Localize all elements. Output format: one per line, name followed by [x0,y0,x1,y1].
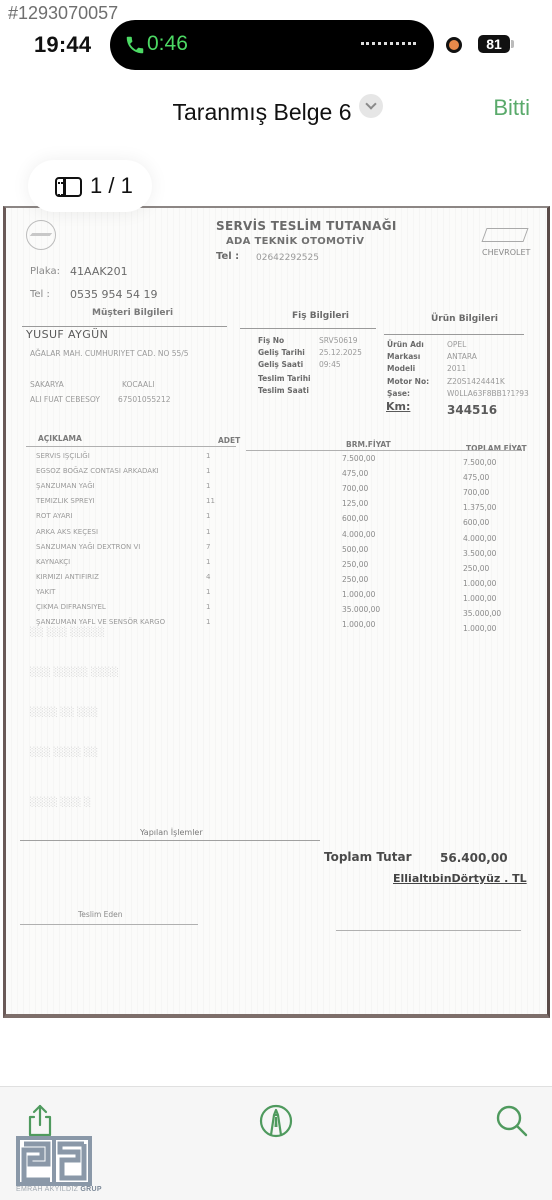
product-field-value: Z20S1424441K [447,377,505,386]
col-header-description: AÇIKLAMA [38,434,82,443]
watermark-id: #1293070057 [8,3,118,24]
product-field-value: W0LLA63F8BB1?1?93 [447,389,529,398]
row-total: 1.000,00 [463,579,496,588]
divider [20,840,320,841]
faded-text: ░░░ ░░░░░ ░░░░ [30,668,119,678]
performed-work-label: Yapılan İşlemler [140,828,203,837]
divider [246,450,521,451]
chevron-down-icon[interactable] [359,94,383,118]
receipt-section-heading: Fiş Bilgileri [292,311,349,321]
row-total: 35.000,00 [463,609,501,618]
divider [384,334,524,335]
product-field-label: Ürün Adı [387,340,424,349]
row-unit-price: 600,00 [342,514,368,523]
row-description: TEMIZLIK SPREYI [36,497,95,505]
row-unit-price: 250,00 [342,575,368,584]
customer-name: YUSUF AYGÜN [26,328,108,341]
row-description: ŞANZUMAN YAĞI [36,482,95,490]
customer-tel-label: Tel : [30,289,50,300]
row-description: ARKA AKS KEÇESI [36,528,98,536]
row-unit-price: 475,00 [342,469,368,478]
row-total: 600,00 [463,518,489,527]
faded-text: ░░░░ ░░░ ░ [30,798,91,808]
company-tel-label: Tel : [216,251,239,262]
row-unit-price: 4.000,00 [342,530,375,539]
col-header-qty: ADET [218,436,240,445]
row-total: 1.000,00 [463,594,496,603]
row-description: SANZUMAN YAĞI DEXTRON VI [36,543,140,551]
row-quantity: 1 [206,528,210,536]
product-field-label: Motor No: [387,377,429,386]
row-quantity: 1 [206,618,210,626]
product-field-label: Modeli [387,364,415,373]
document-title-menu[interactable]: Taranmış Belge 6 [0,94,552,126]
row-quantity: 1 [206,452,210,460]
receipt-field-label: Fiş No [258,336,284,345]
customer-city: SAKARYA [30,380,64,389]
row-unit-price: 35.000,00 [342,605,380,614]
row-unit-price: 7.500,00 [342,454,375,463]
screen: #1293070057 19:44 0:46 81 Taranmış Belge… [0,0,552,1200]
row-unit-price: 250,00 [342,560,368,569]
row-quantity: 1 [206,482,210,490]
product-field-value: ANTARA [447,352,477,361]
opel-logo-icon [26,220,56,250]
divider [22,326,227,327]
total-value: 56.400,00 [440,851,508,865]
row-total: 7.500,00 [463,458,496,467]
row-total: 250,00 [463,564,489,573]
company-tel: 02642292525 [256,253,319,263]
dynamic-island-call[interactable]: 0:46 [110,20,434,70]
row-quantity: 1 [206,558,210,566]
faded-text: ░░░░ ░░ ░░░ [30,708,98,718]
receipt-field-label: Teslim Saati [258,386,309,395]
row-total: 1.000,00 [463,624,496,633]
company-name: ADA TEKNİK OTOMOTİV [226,236,364,247]
chevrolet-logo-text: CHEVROLET [482,248,530,257]
brand-logo-text-light: EMRAH AKYILDIZ [16,1186,78,1193]
row-total: 700,00 [463,488,489,497]
row-description: YAKIT [36,588,55,596]
brand-logo-text: EMRAH AKYILDIZ GRUP [16,1186,102,1193]
chevrolet-logo-icon [481,228,528,242]
page-indicator[interactable]: 1 / 1 [28,160,152,212]
faded-text: ░░ ░░░ ░░░░░ [30,628,105,638]
row-unit-price: 500,00 [342,545,368,554]
row-unit-price: 125,00 [342,499,368,508]
done-button[interactable]: Bitti [493,95,530,121]
share-icon[interactable] [22,1103,58,1139]
row-description: SERVIS IŞÇILIĞI [36,452,90,460]
scanned-document[interactable]: CHEVROLET SERVİS TESLİM TUTANAĞI ADA TEK… [3,206,550,1018]
total-in-words: EllialtıbinDörtyüz . TL [393,872,527,885]
row-description: ROT AYARI [36,512,73,520]
row-quantity: 1 [206,467,210,475]
recording-indicator-icon [446,37,462,53]
row-description: EGSOZ BOĞAZ CONTASI ARKADAKI [36,467,159,475]
phone-icon [124,32,146,58]
product-field-label: Markası [387,352,420,361]
search-icon[interactable] [494,1103,530,1139]
row-unit-price: 1.000,00 [342,620,375,629]
audio-waveform-icon [361,42,416,46]
plate-value: 41AAK201 [70,265,128,278]
customer-district: KOCAALI [122,380,155,389]
row-description: KIRMIZI ANTIFIRIZ [36,573,99,581]
row-total: 4.000,00 [463,534,496,543]
receipt-field-value: SRV50619 [319,336,358,345]
row-quantity: 4 [206,573,210,581]
row-total: 1.375,00 [463,503,496,512]
col-header-total: TOPLAM FİYAT [466,444,527,453]
plate-label: Plaka: [30,266,60,277]
page-count: 1 / 1 [90,173,133,199]
row-quantity: 7 [206,543,210,551]
row-description: KAYNAKÇI [36,558,70,566]
brand-logo-icon [16,1136,92,1186]
row-quantity: 1 [206,512,210,520]
call-duration: 0:46 [147,32,188,56]
signature-line [336,930,521,931]
row-description: ÇIKMA DIFRANSIYEL [36,603,106,611]
customer-section-heading: Müşteri Bilgileri [92,308,173,318]
col-header-unit-price: BRM.FİYAT [346,440,391,449]
total-label: Toplam Tutar [324,850,411,864]
brand-logo-text-bold: GRUP [80,1186,101,1193]
row-unit-price: 1.000,00 [342,590,375,599]
pages-thumbnail-icon [55,177,82,197]
row-quantity: 1 [206,588,210,596]
product-field-value: OPEL [447,340,466,349]
faded-text: ░░░ ░░░░ ░░ [30,748,98,758]
document-heading: SERVİS TESLİM TUTANAĞI [216,219,397,233]
row-total: 3.500,00 [463,549,496,558]
customer-contact: ALI FUAT CEBESOY [30,395,100,404]
receipt-field-value: 25.12.2025 [319,348,362,357]
row-quantity: 11 [206,497,215,505]
divider [240,328,376,329]
row-total: 475,00 [463,473,489,482]
product-field-label: Şase: [387,389,410,398]
row-description: ŞANZUMAN YAFL VE SENSÖR KARGO [36,618,165,626]
row-unit-price: 700,00 [342,484,368,493]
product-field-value: 2011 [447,364,466,373]
delivered-by-label: Teslim Eden [78,910,123,919]
product-section-heading: Ürün Bilgileri [431,314,498,324]
receipt-field-label: Geliş Tarihi [258,348,305,357]
divider [26,446,236,447]
signature-line [20,924,198,925]
status-time: 19:44 [34,32,91,58]
receipt-field-value: 09:45 [319,360,341,369]
receipt-field-label: Teslim Tarihi [258,374,311,383]
customer-address: AĞALAR MAH. CUMHURIYET CAD. NO 55/5 [30,349,189,358]
battery-indicator: 81 [478,35,510,53]
customer-id: 67501055212 [118,395,171,404]
km-value: 344516 [447,403,497,417]
km-label: Km: [386,400,410,413]
receipt-field-label: Geliş Saati [258,360,303,369]
markup-pen-icon[interactable] [258,1103,294,1139]
customer-tel: 0535 954 54 19 [70,288,157,301]
document-title: Taranmış Belge 6 [173,99,352,126]
row-quantity: 1 [206,603,210,611]
